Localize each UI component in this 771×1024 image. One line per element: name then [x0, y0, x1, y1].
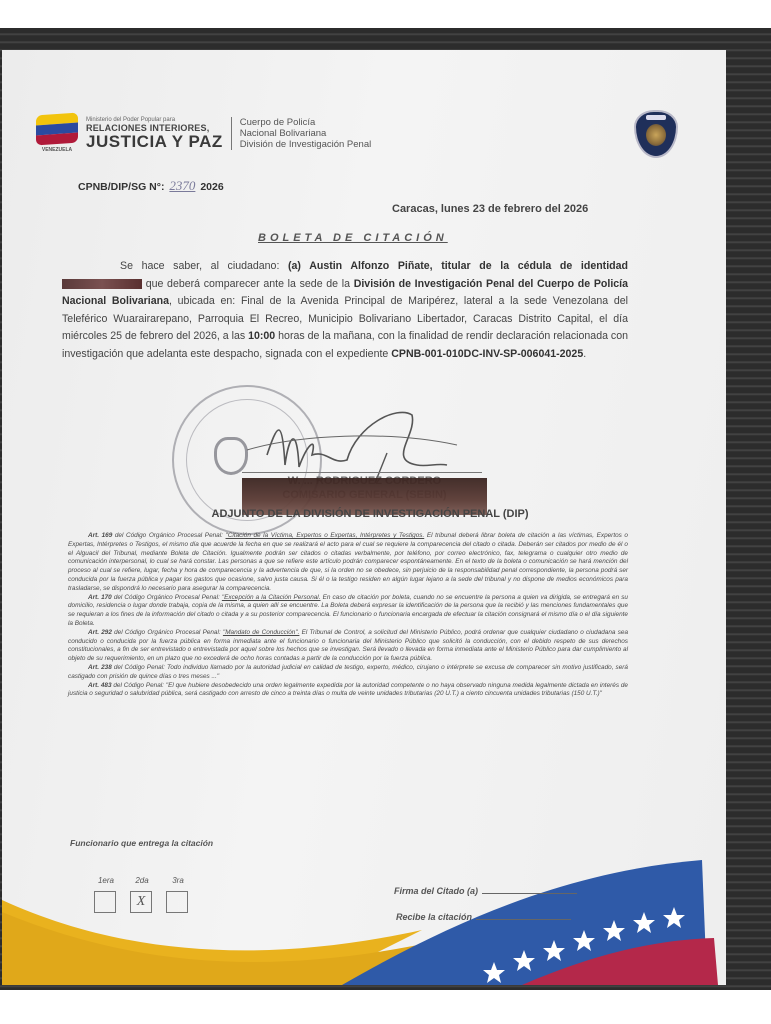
photo-bottom-margin: [0, 990, 771, 1024]
photo-top-margin: [0, 0, 771, 28]
flag-wave-decoration: [2, 50, 726, 985]
citation-document: VENEZUELA Ministerio del Poder Popular p…: [2, 50, 726, 985]
received-by-line[interactable]: [476, 919, 571, 920]
received-by-field[interactable]: Recibe la citación: [396, 912, 571, 922]
cited-signature-field[interactable]: Firma del Citado (a): [394, 886, 577, 896]
cited-signature-line[interactable]: [482, 893, 577, 894]
received-by-label: Recibe la citación: [396, 912, 472, 922]
cited-signature-label: Firma del Citado (a): [394, 886, 478, 896]
